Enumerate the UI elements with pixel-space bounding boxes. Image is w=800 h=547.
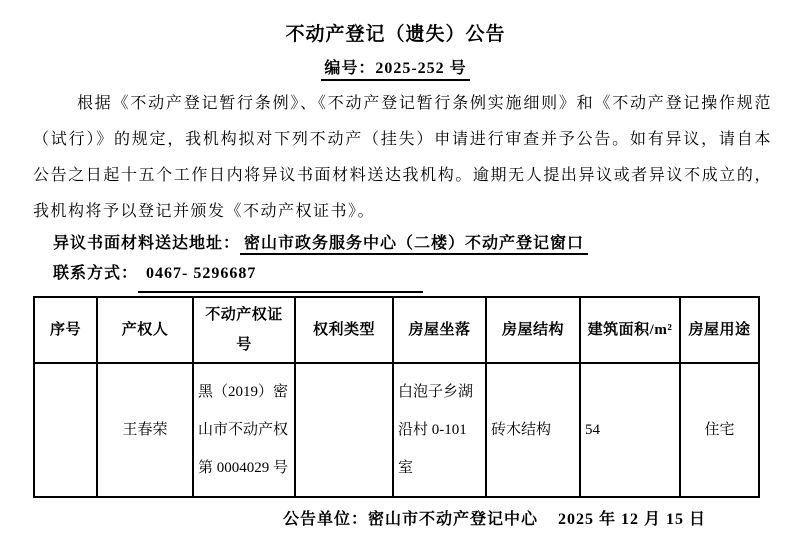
table-header-row: 序号 产权人 不动产权证号 权利类型 房屋坐落 房屋结构 建筑面积/m² 房屋用… — [34, 297, 759, 363]
cell-right-type — [295, 363, 393, 497]
cell-serial — [34, 363, 97, 497]
cell-cert-number: 黑（2019）密山市不动产权第 0004029 号 — [193, 363, 295, 497]
column-header-owner: 产权人 — [97, 297, 193, 363]
property-table: 序号 产权人 不动产权证号 权利类型 房屋坐落 房屋结构 建筑面积/m² 房屋用… — [33, 296, 760, 498]
column-header-cert-number: 不动产权证号 — [193, 297, 295, 363]
cell-location: 白泡子乡湖沿村 0-101 室 — [393, 363, 486, 497]
cell-area: 54 — [580, 363, 680, 497]
doc-number-line: 编号：2025-252 号 — [33, 58, 758, 80]
column-header-serial: 序号 — [34, 297, 97, 363]
announcement-document: 不动产登记（遗失）公告 编号：2025-252 号 根据《不动产登记暂行条例》、… — [0, 0, 800, 547]
contact-value: 0467- 5296687 — [138, 258, 423, 293]
cell-owner: 王春荣 — [97, 363, 193, 497]
contact-line: 联系方式：0467- 5296687 — [53, 258, 772, 293]
doc-number-text: 编号：2025-252 号 — [321, 60, 469, 81]
body-paragraph: 根据《不动产登记暂行条例》、《不动产登记暂行条例实施细则》和《不动产登记操作规范… — [33, 86, 772, 230]
footer-line: 公告单位：密山市不动产登记中心 2025 年 12 月 15 日 — [33, 509, 758, 531]
column-header-location: 房屋坐落 — [393, 297, 486, 363]
address-label: 异议书面材料送达地址： — [53, 235, 240, 252]
address-line: 异议书面材料送达地址：密山市政务服务中心（二楼）不动产登记窗口 — [53, 228, 772, 260]
address-value: 密山市政务服务中心（二楼）不动产登记窗口 — [240, 235, 588, 255]
table-row: 王春荣 黑（2019）密山市不动产权第 0004029 号 白泡子乡湖沿村 0-… — [34, 363, 759, 497]
contact-label: 联系方式： — [53, 265, 138, 282]
column-header-usage: 房屋用途 — [680, 297, 759, 363]
page-title: 不动产登记（遗失）公告 — [33, 24, 758, 46]
column-header-structure: 房屋结构 — [486, 297, 580, 363]
cell-structure: 砖木结构 — [486, 363, 580, 497]
cell-usage: 住宅 — [680, 363, 759, 497]
column-header-area: 建筑面积/m² — [580, 297, 680, 363]
column-header-right-type: 权利类型 — [295, 297, 393, 363]
